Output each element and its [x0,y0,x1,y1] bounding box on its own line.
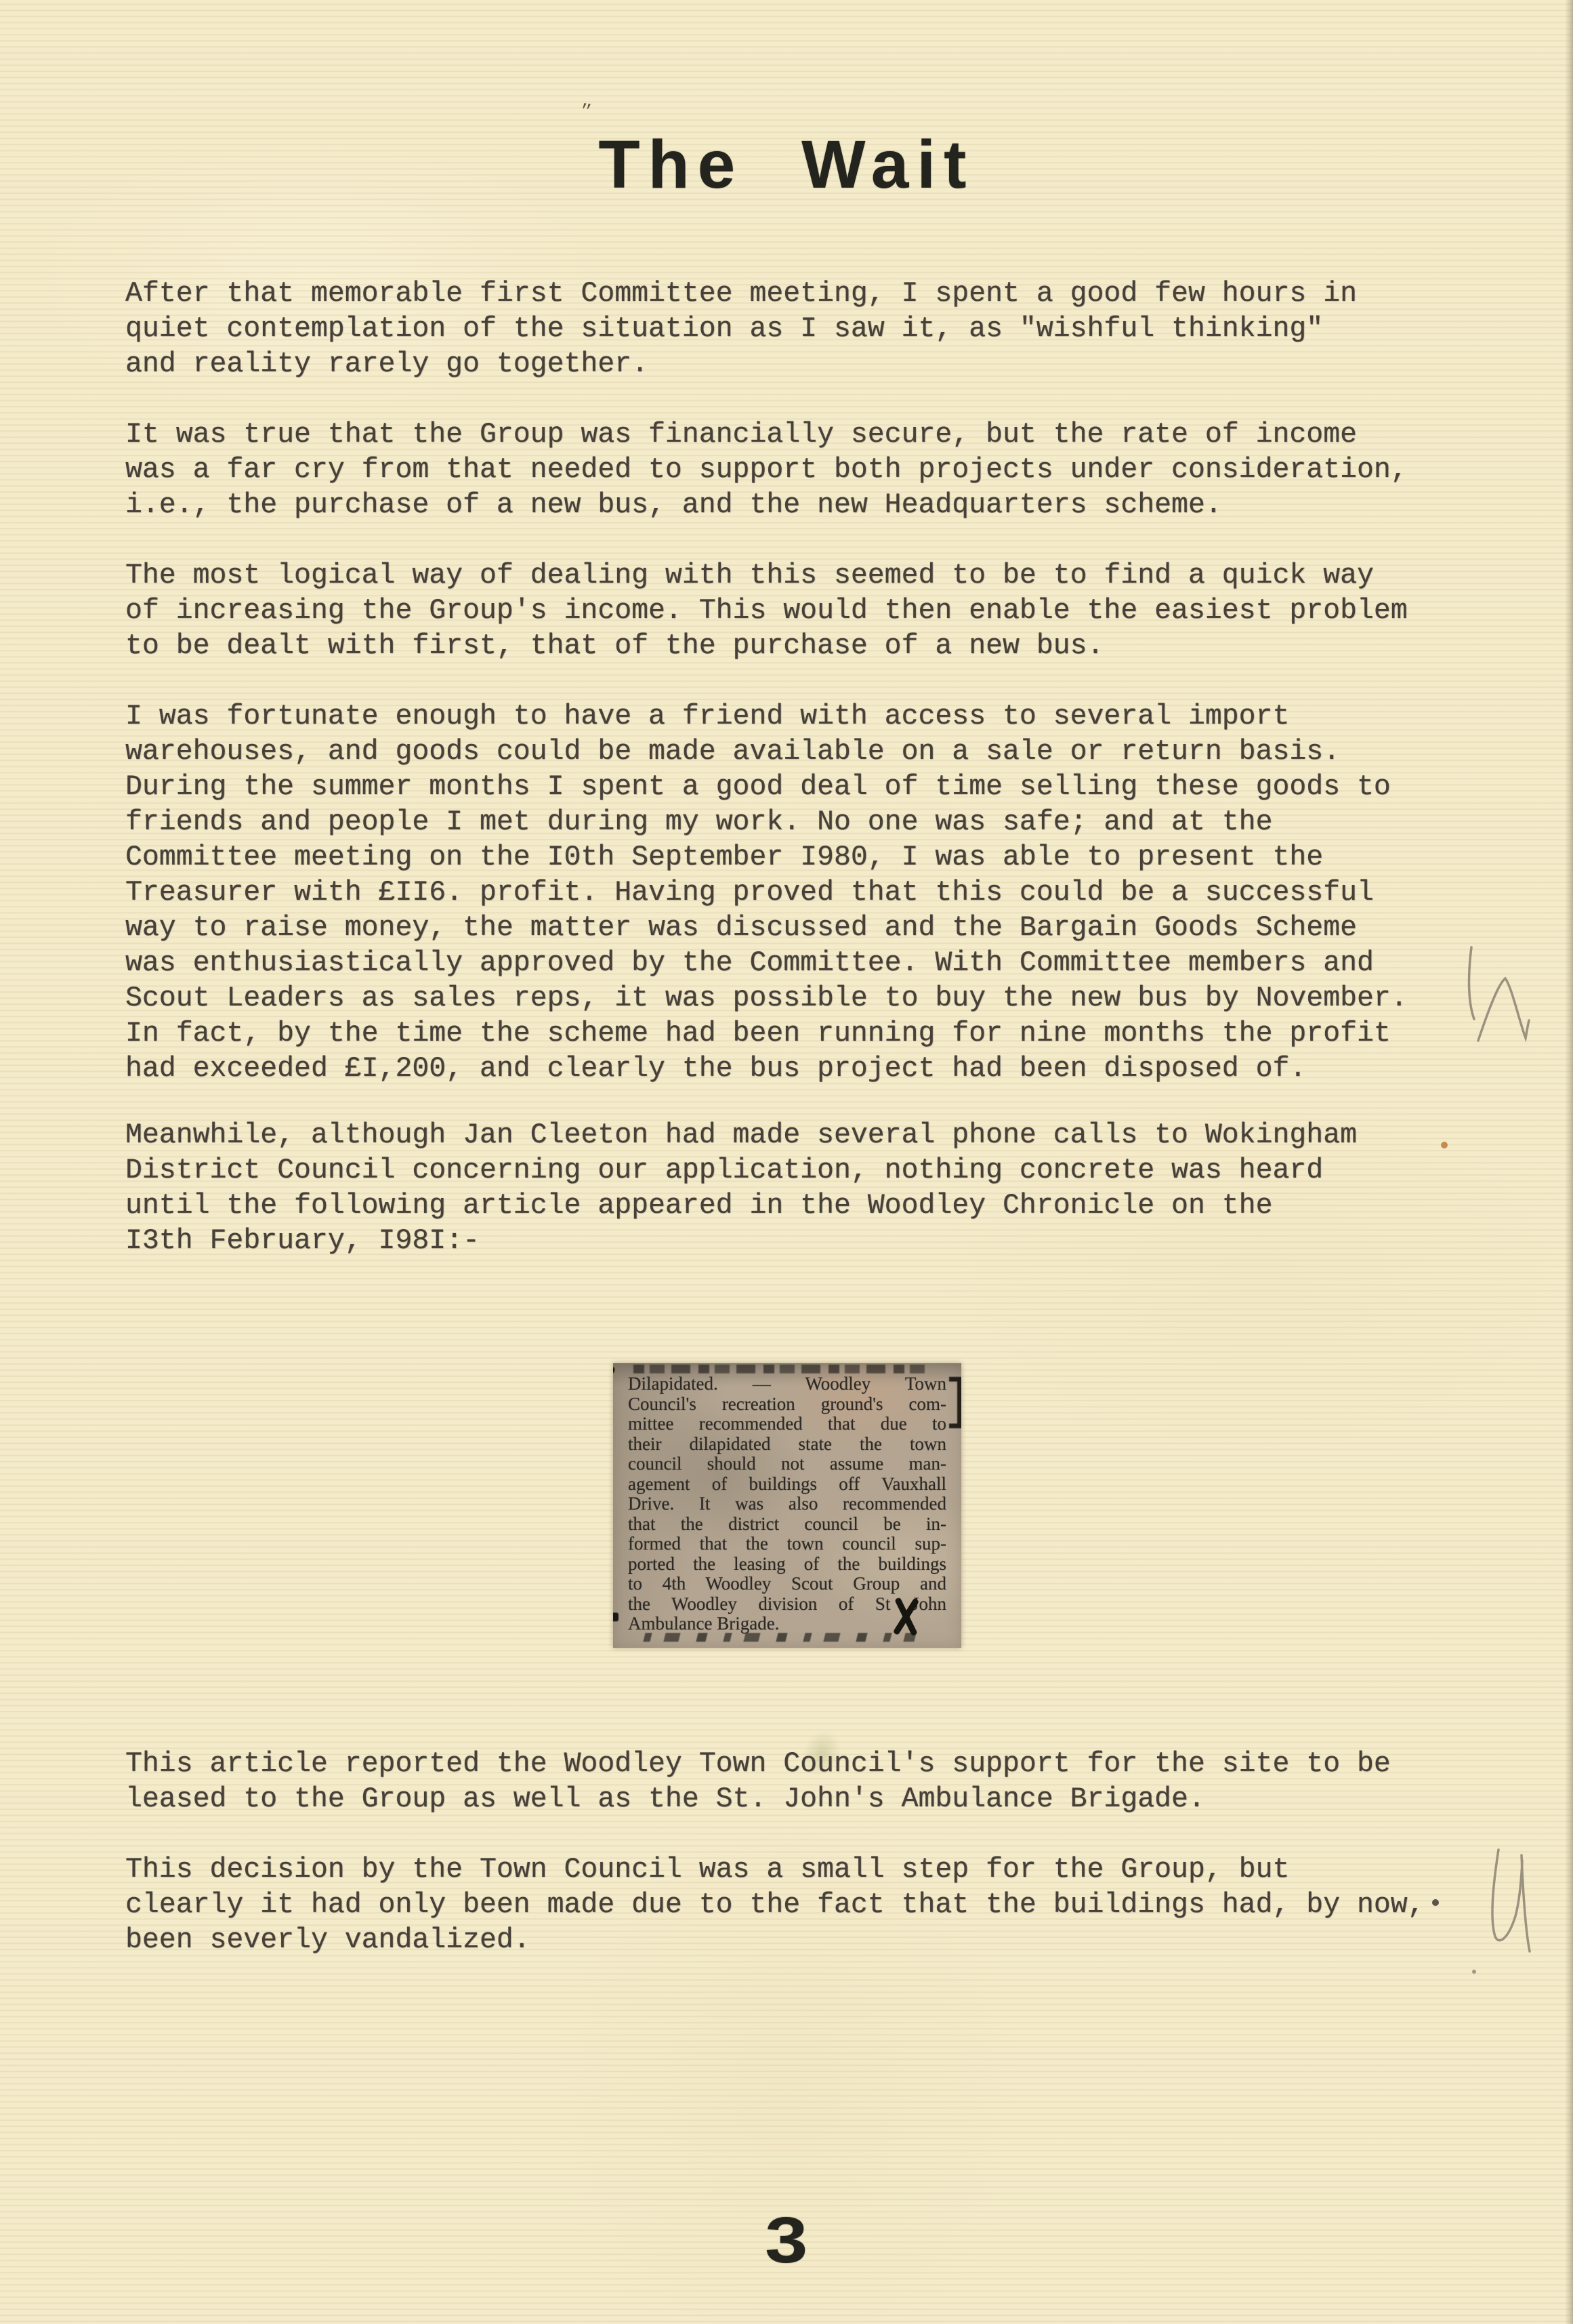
newspaper-clipping: ’ Dilapidated. — Woodley TownCouncil's r… [613,1363,961,1648]
paragraph-7: This decision by the Town Council was a … [125,1852,1453,1958]
handwritten-x-mark [889,1598,922,1637]
clipping-line: Drive. It was also recommended [628,1494,946,1514]
paragraph-4: I was fortunate enough to have a friend … [125,699,1453,1087]
ink-apostrophe-mark: ’ [613,1366,616,1386]
ink-dot-mark [613,1613,618,1621]
clipping-line: formed that the town council sup- [628,1534,946,1554]
clipping-line: their dilapidated state the town [628,1434,946,1455]
page-title: The Wait [0,126,1573,204]
clipping-line: that the district council be in- [628,1514,946,1535]
clipping-line: ported the leasing of the buildings [628,1554,946,1575]
paragraph-3: The most logical way of dealing with thi… [125,558,1453,664]
clipping-line: Dilapidated. — Woodley Town [628,1374,946,1394]
paragraph-6: This article reported the Woodley Town C… [125,1747,1453,1817]
clipping-cutoff-line-bottom [643,1633,916,1642]
clipping-line: agement of buildings off Vauxhall [628,1474,946,1495]
ink-bracket-mark [949,1377,961,1428]
clipping-line: to 4th Woodley Scout Group and [628,1574,946,1594]
paragraph-1: After that memorable first Committee mee… [125,276,1453,382]
small-speck [1472,1970,1476,1974]
clipping-line: mittee recommended that due to [628,1414,946,1434]
clipping-line: Council's recreation ground's com- [628,1394,946,1415]
clipping-line: council should not assume man- [628,1454,946,1474]
clipping-cutoff-line-top [633,1365,931,1373]
scan-edge-shadow [1565,0,1573,2324]
page-number: 3 [0,2203,1573,2278]
page-number-digit: 3 [765,2203,808,2278]
scanned-page: { "document": { "title": "The Wait", "ti… [0,0,1573,2324]
paragraph-5: Meanwhile, although Jan Cleeton had made… [125,1118,1453,1259]
pencil-mark-h [1469,947,1529,1041]
paragraph-2: It was true that the Group was financial… [125,417,1453,523]
stray-quote-mark: ″ [579,98,592,125]
pencil-mark-u [1492,1850,1530,1951]
